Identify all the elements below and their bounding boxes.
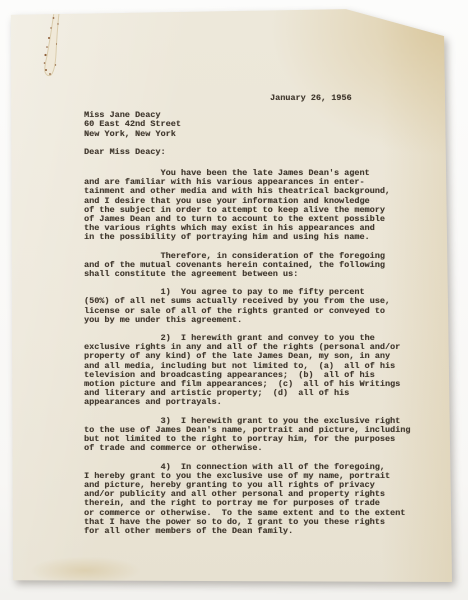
crease-strip <box>45 11 59 75</box>
salutation: Dear Miss Deacy: <box>84 148 444 157</box>
staple-crease-mark <box>10 8 80 93</box>
recipient-address: Miss Jane Deacy 60 East 42nd Street New … <box>84 111 444 139</box>
clause-4: 4) In connection with all of the foregoi… <box>84 463 444 537</box>
letter-content: January 26, 1956 Miss Jane Deacy 60 East… <box>84 94 444 536</box>
letter-paper-shadow: January 26, 1956 Miss Jane Deacy 60 East… <box>0 0 468 600</box>
letter-paper: January 26, 1956 Miss Jane Deacy 60 East… <box>10 8 452 582</box>
therefore-paragraph: Therefore, in consideration of the foreg… <box>84 252 444 280</box>
clause-3: 3) I herewith grant to you the exclusive… <box>84 417 444 454</box>
opening-paragraph: You have been the late James Dean's agen… <box>84 169 444 243</box>
scan-background: January 26, 1956 Miss Jane Deacy 60 East… <box>0 0 468 600</box>
letter-date: January 26, 1956 <box>270 94 444 103</box>
clause-2: 2) I herewith grant and convey to you th… <box>84 334 444 408</box>
clause-1: 1) You agree to pay to me fifty percent … <box>84 288 444 325</box>
